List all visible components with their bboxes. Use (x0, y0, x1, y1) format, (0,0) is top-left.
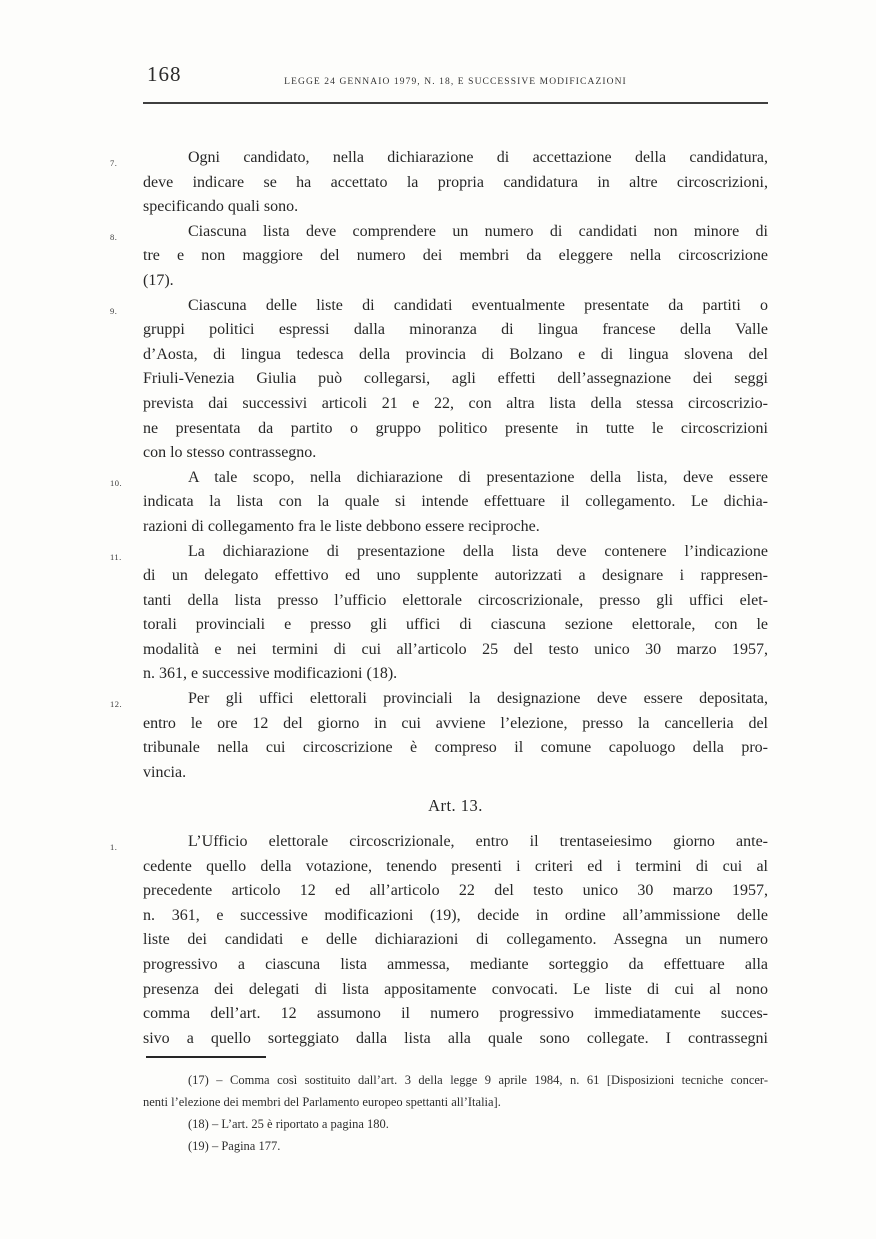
footnote-rule (146, 1056, 266, 1058)
paragraph: 7.Ogni candidato, nella dichiarazione di… (143, 146, 768, 220)
paragraphs-section: 7.Ogni candidato, nella dichiarazione di… (143, 146, 768, 785)
text-line: razioni di collegamento fra le liste deb… (143, 515, 768, 540)
text-line: d’Aosta, di lingua tedesca della provinc… (143, 343, 768, 368)
text-line: precedente articolo 12 ed all’articolo 2… (143, 879, 768, 904)
paragraph: 11.La dichiarazione di presentazione del… (143, 540, 768, 688)
text-line: Ciascuna lista deve comprendere un numer… (143, 220, 768, 245)
footnote-line: nenti l’elezione dei membri del Parlamen… (143, 1091, 768, 1113)
margin-paragraph-number: 10. (110, 471, 122, 496)
footnote-line: (19) – Pagina 177. (143, 1135, 768, 1157)
text-line: deve indicare se ha accettato la propria… (143, 171, 768, 196)
paragraph: 9.Ciascuna delle liste di candidati even… (143, 294, 768, 466)
paragraph: 8.Ciascuna lista deve comprendere un num… (143, 220, 768, 294)
text-line: comma dell’art. 12 assumono il numero pr… (143, 1002, 768, 1027)
text-line: tribunale nella cui circoscrizione è com… (143, 736, 768, 761)
paragraphs-section: 1.L’Ufficio elettorale circoscrizionale,… (143, 830, 768, 1051)
text-line: Friuli-Venezia Giulia può collegarsi, ag… (143, 367, 768, 392)
text-line: Ogni candidato, nella dichiarazione di a… (143, 146, 768, 171)
running-title: LEGGE 24 GENNAIO 1979, N. 18, E SUCCESSI… (143, 77, 768, 87)
text-line: La dichiarazione di presentazione della … (143, 540, 768, 565)
text-line: con lo stesso contrassegno. (143, 441, 768, 466)
header-rule (143, 102, 768, 104)
text-line: gruppi politici espressi dalla minoranza… (143, 318, 768, 343)
text-line: sivo a quello sorteggiato dalla lista al… (143, 1027, 768, 1052)
margin-paragraph-number: 8. (110, 225, 117, 250)
text-line: cedente quello della votazione, tenendo … (143, 855, 768, 880)
margin-paragraph-number: 12. (110, 692, 122, 717)
margin-paragraph-number: 11. (110, 545, 122, 570)
paragraph: 10.A tale scopo, nella dichiarazione di … (143, 466, 768, 540)
text-line: n. 361, e successive modificazioni (18). (143, 662, 768, 687)
text-line: specificando quali sono. (143, 195, 768, 220)
text-line: vincia. (143, 761, 768, 786)
text-line: prevista dai successivi articoli 21 e 22… (143, 392, 768, 417)
text-line: n. 361, e successive modificazioni (19),… (143, 904, 768, 929)
paragraph: 1.L’Ufficio elettorale circoscrizionale,… (143, 830, 768, 1051)
footnote-line: (17) – Comma così sostituito dall’art. 3… (143, 1069, 768, 1091)
text-line: Ciascuna delle liste di candidati eventu… (143, 294, 768, 319)
text-line: indicata la lista con la quale si intend… (143, 490, 768, 515)
margin-paragraph-number: 1. (110, 835, 117, 860)
text-line: modalità e nei termini di cui all’artico… (143, 638, 768, 663)
text-block: 7.Ogni candidato, nella dichiarazione di… (143, 146, 768, 1051)
text-line: di un delegato effettivo ed uno supplent… (143, 564, 768, 589)
text-line: torali provinciali e presso gli uffici d… (143, 613, 768, 638)
text-line: (17). (143, 269, 768, 294)
footnote-lines: (17) – Comma così sostituito dall’art. 3… (143, 1069, 768, 1157)
text-line: entro le ore 12 del giorno in cui avvien… (143, 712, 768, 737)
footnote-line: (18) – L’art. 25 è riportato a pagina 18… (143, 1113, 768, 1135)
text-line: progressivo a ciascuna lista ammessa, me… (143, 953, 768, 978)
paragraph: 12.Per gli uffici elettorali provinciali… (143, 687, 768, 785)
margin-paragraph-number: 9. (110, 299, 117, 324)
text-line: liste dei candidati e delle dichiarazion… (143, 928, 768, 953)
book-page: 168 LEGGE 24 GENNAIO 1979, N. 18, E SUCC… (0, 0, 876, 1239)
text-line: L’Ufficio elettorale circoscrizionale, e… (143, 830, 768, 855)
text-line: Per gli uffici elettorali provinciali la… (143, 687, 768, 712)
footnotes: (17) – Comma così sostituito dall’art. 3… (143, 1056, 768, 1157)
text-line: presenza dei delegati di lista appositam… (143, 978, 768, 1003)
text-line: A tale scopo, nella dichiarazione di pre… (143, 466, 768, 491)
text-line: tanti della lista presso l’ufficio elett… (143, 589, 768, 614)
article-heading: Art. 13. (143, 794, 768, 819)
text-line: tre e non maggiore del numero dei membri… (143, 244, 768, 269)
margin-paragraph-number: 7. (110, 151, 117, 176)
text-line: ne presentata da partito o gruppo politi… (143, 417, 768, 442)
